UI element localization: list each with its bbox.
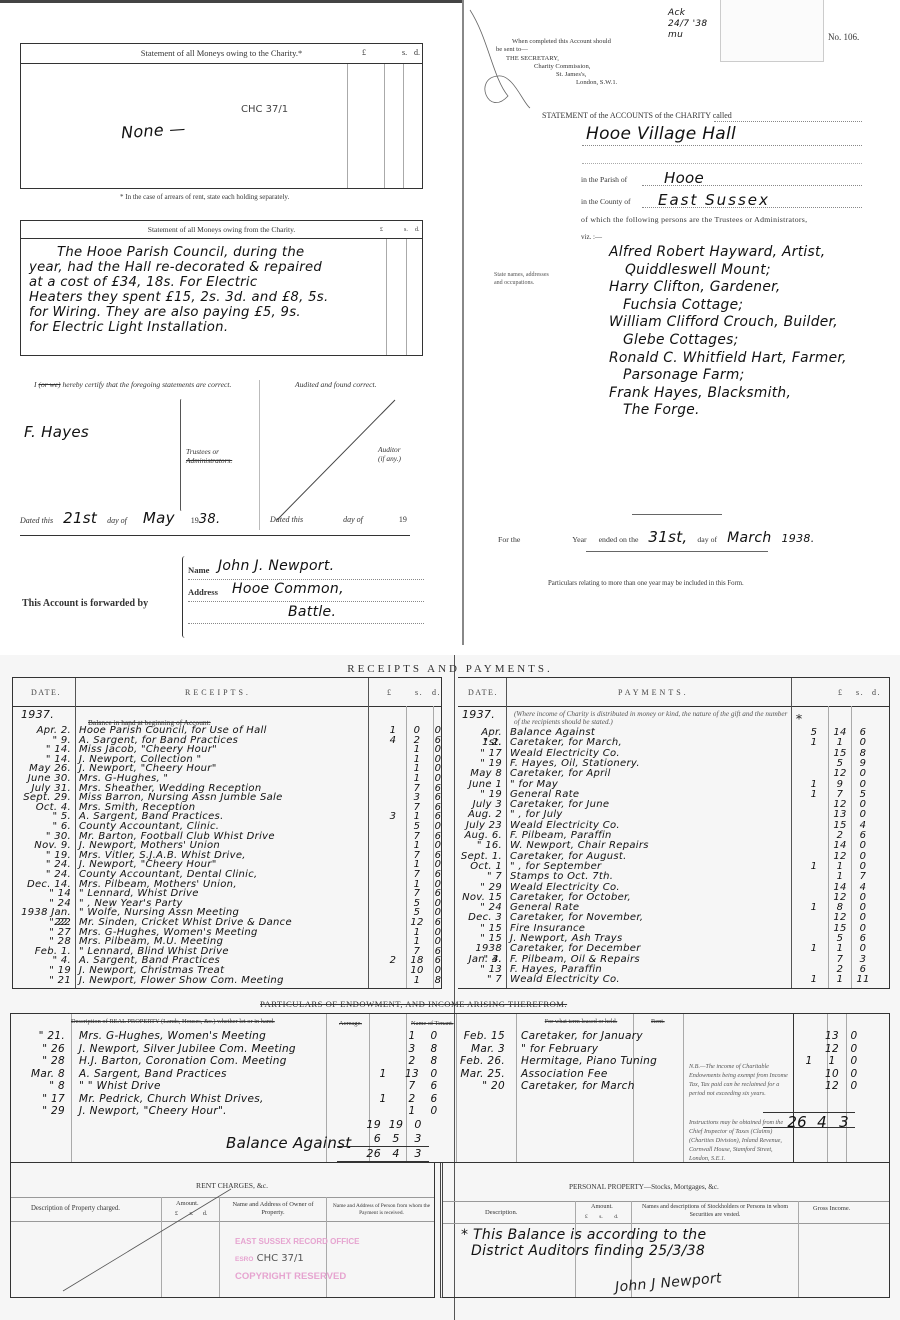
dated-day: 21st	[63, 509, 97, 527]
text-line: for Electric Light Installation.	[29, 320, 424, 335]
entry-date: " 7	[458, 975, 502, 985]
entry-date: " 17	[11, 1093, 65, 1106]
text-line: at a cost of £34, 18s. For Electric	[29, 275, 424, 290]
col-pounds: £	[362, 48, 366, 57]
moneys-owing-from-text: The Hooe Parish Council, during the year…	[29, 245, 424, 335]
pp-desc-col: Description.	[485, 1209, 517, 1216]
send-to-line: Charity Commission,	[496, 63, 617, 71]
ledger-row: " 14.J. Newport, Collection "10	[13, 755, 441, 765]
ledger-row: May 26.J. Newport, "Cheery Hour"10	[13, 764, 441, 774]
ack-line: mu	[668, 30, 707, 41]
amount-pounds: 6	[337, 1132, 381, 1145]
dated-month: May	[143, 509, 175, 527]
amount-pounds: 26	[337, 1147, 381, 1160]
amount-pounds: 2	[385, 956, 401, 966]
tenant-col: Name of Tenant.	[411, 1020, 454, 1027]
amount-pence: 0	[427, 1105, 441, 1118]
rent-payer-col: Name and Address of Person from whom the…	[329, 1203, 434, 1217]
moneys-owing-from-box: Statement of all Moneys owing from the C…	[20, 220, 423, 356]
receipts-col-pence: d.	[432, 688, 441, 697]
rent-col: Rent.	[651, 1018, 665, 1025]
receipts-payments-title: RECEIPTS AND PAYMENTS.	[0, 663, 900, 675]
archive-ref: CHC 37/1	[241, 104, 288, 115]
ledger-row: " 30.Mr. Barton, Football Club Whist Dri…	[13, 832, 441, 842]
receipts-grand-total: 2643	[337, 1146, 429, 1162]
ledger-row: " 19.Mrs. Vitler, S.J.A.B. Whist Drive,7…	[13, 851, 441, 861]
ledger-row: " 21J. Newport, Flower Show Com. Meeting…	[13, 976, 441, 986]
payments-col-date: DATE.	[468, 688, 498, 697]
entry-description: Weald Electricity Co.	[510, 975, 620, 985]
amount-pounds: 1	[806, 944, 822, 954]
rule	[632, 514, 722, 515]
pp-amount-col: Amount.	[591, 1203, 613, 1210]
trustee-line: Ronald C. Whitfield Hart, Farmer,	[609, 350, 847, 368]
ledger-row: " 5.A. Sargent, Band Practices.316	[13, 812, 441, 822]
year-prefix: 19	[191, 516, 199, 525]
amount-pounds: 1	[806, 975, 822, 985]
entry-description: Stamps to Oct. 7th.	[510, 872, 613, 882]
amount-pence: 0	[847, 1055, 861, 1068]
trustee-list: Alfred Robert Hayward, Artist, Quiddlesw…	[609, 244, 847, 420]
if-any: (if any.)	[378, 454, 401, 463]
acknowledgement-note: Ack 24/7 '38 mu	[668, 8, 707, 41]
amount-pounds: 1	[806, 903, 822, 913]
endowment-title: PARTICULARS OF ENDOWMENT, AND INCOME ARI…	[260, 999, 567, 1009]
entry-date: Mar. 25.	[457, 1068, 505, 1081]
ledger-row: " 27Mrs. G-Hughes, Women's Meeting10	[13, 928, 441, 938]
certify-prefix: I	[20, 380, 37, 389]
asterisk-marker: *	[796, 712, 802, 726]
trustees-intro: of which the following persons are the T…	[581, 215, 807, 224]
payments-col-pence: d.	[872, 688, 881, 697]
parish-label: in the Parish of	[581, 175, 627, 184]
text-line: Heaters they spent £15, 2s. 3d. and £8, …	[29, 290, 424, 305]
form-front-page: When completed this Account should be se…	[462, 0, 900, 645]
entry-description: Association Fee	[521, 1068, 608, 1081]
entry-description: Caretaker, for March	[521, 1080, 635, 1093]
for-the-label: For the	[498, 535, 520, 544]
administrators-struck: Administrators.	[186, 456, 232, 465]
trustees-or: Trustees or	[186, 447, 232, 456]
ledger-row: Dec. 14.Mrs. Pilbeam, Mothers' Union,10	[13, 880, 441, 890]
trustee-line: Glebe Cottages;	[609, 332, 847, 350]
auditor-balance-note: * This Balance is according to the Distr…	[461, 1227, 706, 1259]
end-day: 31st,	[648, 528, 687, 546]
entry-description: J. Newport, Flower Show Com. Meeting	[79, 976, 284, 986]
amount-shillings: 1	[403, 1105, 421, 1118]
ack-line: 24/7 '38	[668, 19, 707, 30]
moneys-owing-to-box: Statement of all Moneys owing to the Cha…	[20, 43, 423, 189]
ended-label: ended on the	[599, 535, 639, 544]
receipts-col-date: DATE.	[31, 688, 61, 697]
ledger-row: Oct. 4.Mrs. Smith, Reception76	[13, 803, 441, 813]
entry-date: Feb. 26.	[457, 1055, 505, 1068]
end-month: March	[727, 530, 771, 546]
amount-pounds: 1	[806, 862, 822, 872]
amount-pence: 3	[409, 1147, 427, 1160]
trustee-line: Quiddleswell Mount;	[609, 262, 847, 280]
entry-date: Feb. 15	[457, 1030, 505, 1043]
tax-instructions-note: Instructions may be obtained from the Ch…	[689, 1118, 793, 1163]
faded-received-stamp	[720, 0, 824, 62]
amount-shillings: 4	[387, 1147, 405, 1160]
trustee-line: Fuchsia Cottage;	[609, 297, 847, 315]
ledger-row: Mar. 3" for February120	[11, 1043, 889, 1056]
text-line: for Wiring. They are also paying £5, 9s.	[29, 305, 424, 320]
amount-shillings: 13	[823, 1030, 841, 1043]
amount-shillings: 1	[831, 975, 849, 985]
ledger-row: " 29J. Newport, "Cheery Hour".10	[11, 1105, 889, 1118]
form-number: No. 106.	[828, 32, 859, 42]
real-property-col: Description of REAL PROPERTY (Lands, Hou…	[71, 1018, 275, 1025]
pp-amount-subcols: £ s. d.	[585, 1214, 618, 1220]
pp-holders-col: Names and descriptions of Stockholders o…	[635, 1203, 795, 1219]
send-to-block: When completed this Account should be se…	[496, 38, 617, 88]
amount-pence: 0	[847, 1068, 861, 1081]
balance-against-label: Balance Against	[226, 1134, 351, 1152]
form-back-page: Statement of all Moneys owing to the Cha…	[0, 0, 462, 645]
auditor: Auditor	[378, 445, 401, 454]
ledger-row: Feb. 15Caretaker, for January130	[11, 1030, 889, 1043]
amount-shillings: 10	[823, 1068, 841, 1081]
day-of-label: day of	[107, 516, 127, 525]
entry-date: " 21	[13, 976, 71, 986]
pp-income-col: Gross Income.	[813, 1205, 850, 1212]
tax-exemption-note: N.B.—The income of Charitable Endowments…	[689, 1062, 793, 1098]
esro-prefix: ESRO	[235, 1256, 253, 1263]
ledger-row: " 14" Lennard, Whist Drive76	[13, 889, 441, 899]
side-note: State names, addresses and occupations.	[494, 272, 556, 287]
amount-pounds: 1	[801, 1055, 817, 1068]
certify-statement: I (or we) hereby certify that the forego…	[20, 380, 260, 390]
rent-charges-table: RENT CHARGES, &c. Description of Propert…	[10, 1163, 435, 1298]
archive-stamp-ref: ESRO CHC 37/1	[235, 1253, 304, 1264]
acreage-col: Acreage.	[339, 1020, 362, 1027]
ledger-row: " 7Weald Electricity Co.1111	[458, 975, 889, 985]
send-to-line: be sent to—	[496, 46, 617, 54]
amount-pence: 0	[847, 1030, 861, 1043]
year-label: Year	[572, 535, 586, 544]
charity-name: Hooe Village Hall	[586, 124, 736, 144]
term-col: For what term leased or held.	[536, 1018, 626, 1025]
personal-property-table: PERSONAL PROPERTY—Stocks, Mortgages, &c.…	[440, 1163, 890, 1298]
amount-pounds: 4	[385, 736, 401, 746]
send-to-line: London, S.W.1.	[496, 79, 617, 87]
dotted-rule	[714, 121, 862, 122]
text-line: The Hooe Parish Council, during the	[29, 245, 424, 260]
ledger-row: " 14.Miss Jacob, "Cheery Hour"10	[13, 745, 441, 755]
payments-col-pounds: £	[838, 688, 844, 697]
end-year: 1938.	[782, 532, 815, 545]
col-pounds: £	[380, 227, 383, 233]
dotted-rule	[582, 163, 862, 164]
address-label: Address	[188, 587, 218, 597]
amount-pence: 0	[856, 769, 870, 779]
ledger-row: " 4.A. Sargent, Band Practices2186	[13, 956, 441, 966]
sub-shillings: s.	[599, 1214, 603, 1220]
trustee-signature: F. Hayes	[24, 423, 89, 441]
amount-pence: 3	[835, 1113, 853, 1131]
ledger-row: " 9.A. Sargent, for Band Practices426	[13, 736, 441, 746]
amount-pence: 0	[847, 1043, 861, 1056]
payments-table: DATE. PAYMENTS. £ s. d. 1937. (Where inc…	[458, 677, 890, 989]
entry-description: " for February	[521, 1043, 598, 1056]
amount-pence: 6	[427, 1093, 441, 1106]
send-to-line: THE SECRETARY,	[496, 55, 617, 63]
trustee-line: Alfred Robert Hayward, Artist,	[609, 244, 847, 262]
dated-label: Dated this	[20, 516, 53, 525]
viz-label: viz. :—	[581, 233, 602, 241]
archive-stamp-line3: COPYRIGHT RESERVED	[235, 1271, 346, 1282]
col-pence: d.	[414, 48, 420, 57]
note-line: District Auditors finding 25/3/38	[461, 1243, 706, 1259]
trustee-line: William Clifford Crouch, Builder,	[609, 314, 847, 332]
amount-pounds: 19	[337, 1118, 381, 1131]
trustee-line: The Forge.	[609, 402, 847, 420]
distribution-note: (Where income of Charity is distributed …	[514, 710, 794, 726]
certify-suffix: hereby certify that the foregoing statem…	[63, 380, 232, 389]
personal-property-title: PERSONAL PROPERTY—Stocks, Mortgages, &c.	[569, 1183, 719, 1191]
audit-day-of: day of	[343, 515, 363, 524]
col-shillings: s.	[402, 48, 407, 57]
year-suffix: 38.	[199, 512, 221, 527]
rent-cancel-stroke	[61, 1187, 241, 1297]
receipts-payments-sheet: RECEIPTS AND PAYMENTS. DATE. RECEIPTS. £…	[0, 655, 900, 1320]
forwarded-by-label: This Account is forwarded by	[22, 598, 148, 609]
entry-date: May 8	[458, 769, 502, 779]
trustee-line: Harry Clifton, Gardener,	[609, 279, 847, 297]
statement-label: STATEMENT of the ACCOUNTS of the CHARITY…	[542, 111, 732, 120]
payments-col-payments: PAYMENTS.	[618, 688, 689, 697]
audit-dated-label: Dated this	[270, 515, 303, 524]
entry-description: Hermitage, Piano Tuning	[521, 1055, 657, 1068]
audit-year: 19	[399, 515, 407, 524]
none-entry: None —	[120, 119, 186, 142]
dotted-rule	[582, 145, 862, 146]
col-shillings: s.	[404, 227, 408, 233]
multi-year-note: Particulars relating to more than one ye…	[548, 580, 744, 587]
endowment-table: Description of REAL PROPERTY (Lands, Hou…	[10, 1013, 890, 1163]
dated-line: Dated this 21st day of May 1938.	[20, 509, 220, 527]
payments-col-shillings: s.	[856, 688, 864, 697]
trustee-line: Frank Hayes, Blacksmith,	[609, 385, 847, 403]
dotted-rule	[642, 185, 862, 186]
amount-shillings: 12	[823, 1043, 841, 1056]
moneys-owing-from-title: Statement of all Moneys owing from the C…	[21, 221, 422, 239]
arrears-footnote: * In the case of arrears of rent, state …	[120, 193, 289, 201]
entry-description: Caretaker, for January	[521, 1030, 643, 1043]
amount-pounds: 3	[385, 812, 401, 822]
receipts-table: DATE. RECEIPTS. £ s. d. 1937. Balance in…	[12, 677, 442, 989]
ledger-row: May 8Caretaker, for April120	[458, 769, 889, 779]
entry-date: " 29	[11, 1105, 65, 1118]
amount-pence: 3	[409, 1132, 427, 1145]
entry-description: Caretaker, for April	[510, 769, 611, 779]
archive-stamp-line1: EAST SUSSEX RECORD OFFICE	[235, 1237, 359, 1246]
send-to-line: St. James's,	[496, 71, 617, 79]
payments-year: 1937.	[462, 708, 495, 721]
amount-shillings: 1	[823, 1055, 841, 1068]
entry-date: " 7	[458, 872, 502, 882]
amount-shillings: 2	[403, 1093, 421, 1106]
text-line: year, had the Hall re-decorated & repair…	[29, 260, 424, 275]
period-line: For the Year ended on the 31st, day of M…	[498, 528, 815, 546]
receipts-col-receipts: RECEIPTS.	[185, 688, 251, 697]
auditor-label: Auditor (if any.)	[378, 445, 401, 463]
sub-pence: d.	[614, 1214, 618, 1220]
audit-divider	[259, 380, 260, 530]
amount-shillings: 12	[831, 769, 849, 779]
amount-pence: 7	[856, 872, 870, 882]
amount-shillings: 5	[387, 1132, 405, 1145]
col-pence: d.	[415, 227, 420, 233]
address-line-2: Battle.	[288, 604, 336, 620]
entry-description: J. Newport, "Cheery Hour".	[79, 1105, 227, 1118]
day-of-label: day of	[697, 535, 717, 544]
amount-pence: 0	[409, 1118, 427, 1131]
brace	[180, 399, 183, 511]
trustees-label: Trustees or Administrators.	[186, 447, 232, 465]
rule	[586, 551, 768, 552]
amount-pence: 11	[856, 975, 870, 985]
audit-title: Audited and found correct.	[295, 380, 377, 389]
entry-date: " 20	[457, 1080, 505, 1093]
amount-shillings: 19	[387, 1118, 405, 1131]
certify-struck: (or we)	[38, 380, 60, 389]
ack-line: Ack	[668, 8, 707, 19]
sub-pounds: £	[585, 1214, 588, 1220]
divider	[20, 535, 410, 536]
entry-description: Mr. Pedrick, Church Whist Drives,	[79, 1093, 264, 1106]
receipts-col-shillings: s.	[415, 688, 423, 697]
forwarder-details: Name John J. Newport. Address Hooe Commo…	[188, 558, 424, 624]
amount-pounds: 1	[806, 738, 822, 748]
amount-pounds: 1	[375, 1093, 391, 1106]
ledger-row: Sept. 29.Miss Barron, Nursing Assn Jumbl…	[13, 793, 441, 803]
amount-shillings: 12	[823, 1080, 841, 1093]
ledger-row: " 7Stamps to Oct. 7th.17	[458, 872, 889, 882]
address-line-1: Hooe Common,	[232, 581, 344, 597]
dotted-rule	[642, 207, 862, 208]
amount-pence: 8	[431, 976, 445, 986]
send-to-line: When completed this Account should	[496, 38, 617, 46]
receipts-col-pounds: £	[387, 688, 393, 697]
name-label: Name	[188, 565, 209, 575]
amount-shillings: 1	[408, 976, 426, 986]
ledger-row: Feb. 1." Lennard, Blind Whist Drive76	[13, 947, 441, 957]
esro-ref: CHC 37/1	[257, 1253, 304, 1264]
forwarder-name: John J. Newport.	[218, 558, 334, 574]
entry-date: Mar. 3	[457, 1043, 505, 1056]
amount-pounds: 1	[806, 790, 822, 800]
trustee-line: Parsonage Farm;	[609, 367, 847, 385]
receipts-year: 1937.	[21, 708, 54, 721]
amount-shillings: 4	[813, 1113, 831, 1131]
amount-shillings: 1	[831, 872, 849, 882]
audit-dated-line: Dated this day of 19	[270, 515, 407, 524]
amount-pence: 0	[847, 1080, 861, 1093]
note-line: * This Balance is according to the	[461, 1227, 706, 1243]
county-label: in the County of	[581, 197, 631, 206]
